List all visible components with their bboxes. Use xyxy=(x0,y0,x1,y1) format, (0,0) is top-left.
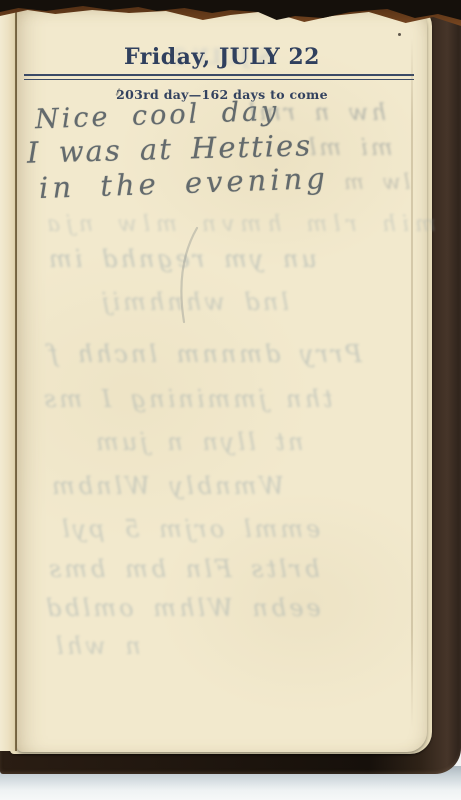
bleed-through-line: emml orjm 5 pyl xyxy=(59,515,320,543)
diary-page-scan: S JULY 2 Friday, JULY 22 203rd day—162 d… xyxy=(0,0,461,800)
page-title: Friday, JULY 22 xyxy=(17,44,427,70)
bleed-through-line: thn jmmining I ms xyxy=(41,385,333,413)
header-double-rule xyxy=(24,74,414,80)
bleed-through-line: mi ml xyxy=(306,135,393,161)
page-edge-crease xyxy=(411,38,413,728)
bleed-through-line: Prry dmnnm lnchh f xyxy=(46,340,362,368)
diary-page: S JULY 2 Friday, JULY 22 203rd day—162 d… xyxy=(17,8,427,752)
bleed-through-line: n whl xyxy=(53,632,141,660)
bleed-through-line: hw n rml xyxy=(246,100,386,126)
bleed-through-line: brlts Fln bm bms xyxy=(46,555,320,583)
bleed-through-line: mih rlm hmvn mlw nja xyxy=(41,212,436,237)
bleed-through-line: lw m xyxy=(341,170,410,194)
bleed-through-line: nt llyn n jum xyxy=(93,428,303,456)
bleed-through-line: Wmnbly Wlnbm xyxy=(49,472,284,500)
stray-pencil-stroke xyxy=(167,226,207,326)
ink-speck xyxy=(398,33,401,36)
gutter-page-stack xyxy=(0,10,17,751)
bleed-through-line: eebn Wlhm omlbd xyxy=(43,594,321,622)
